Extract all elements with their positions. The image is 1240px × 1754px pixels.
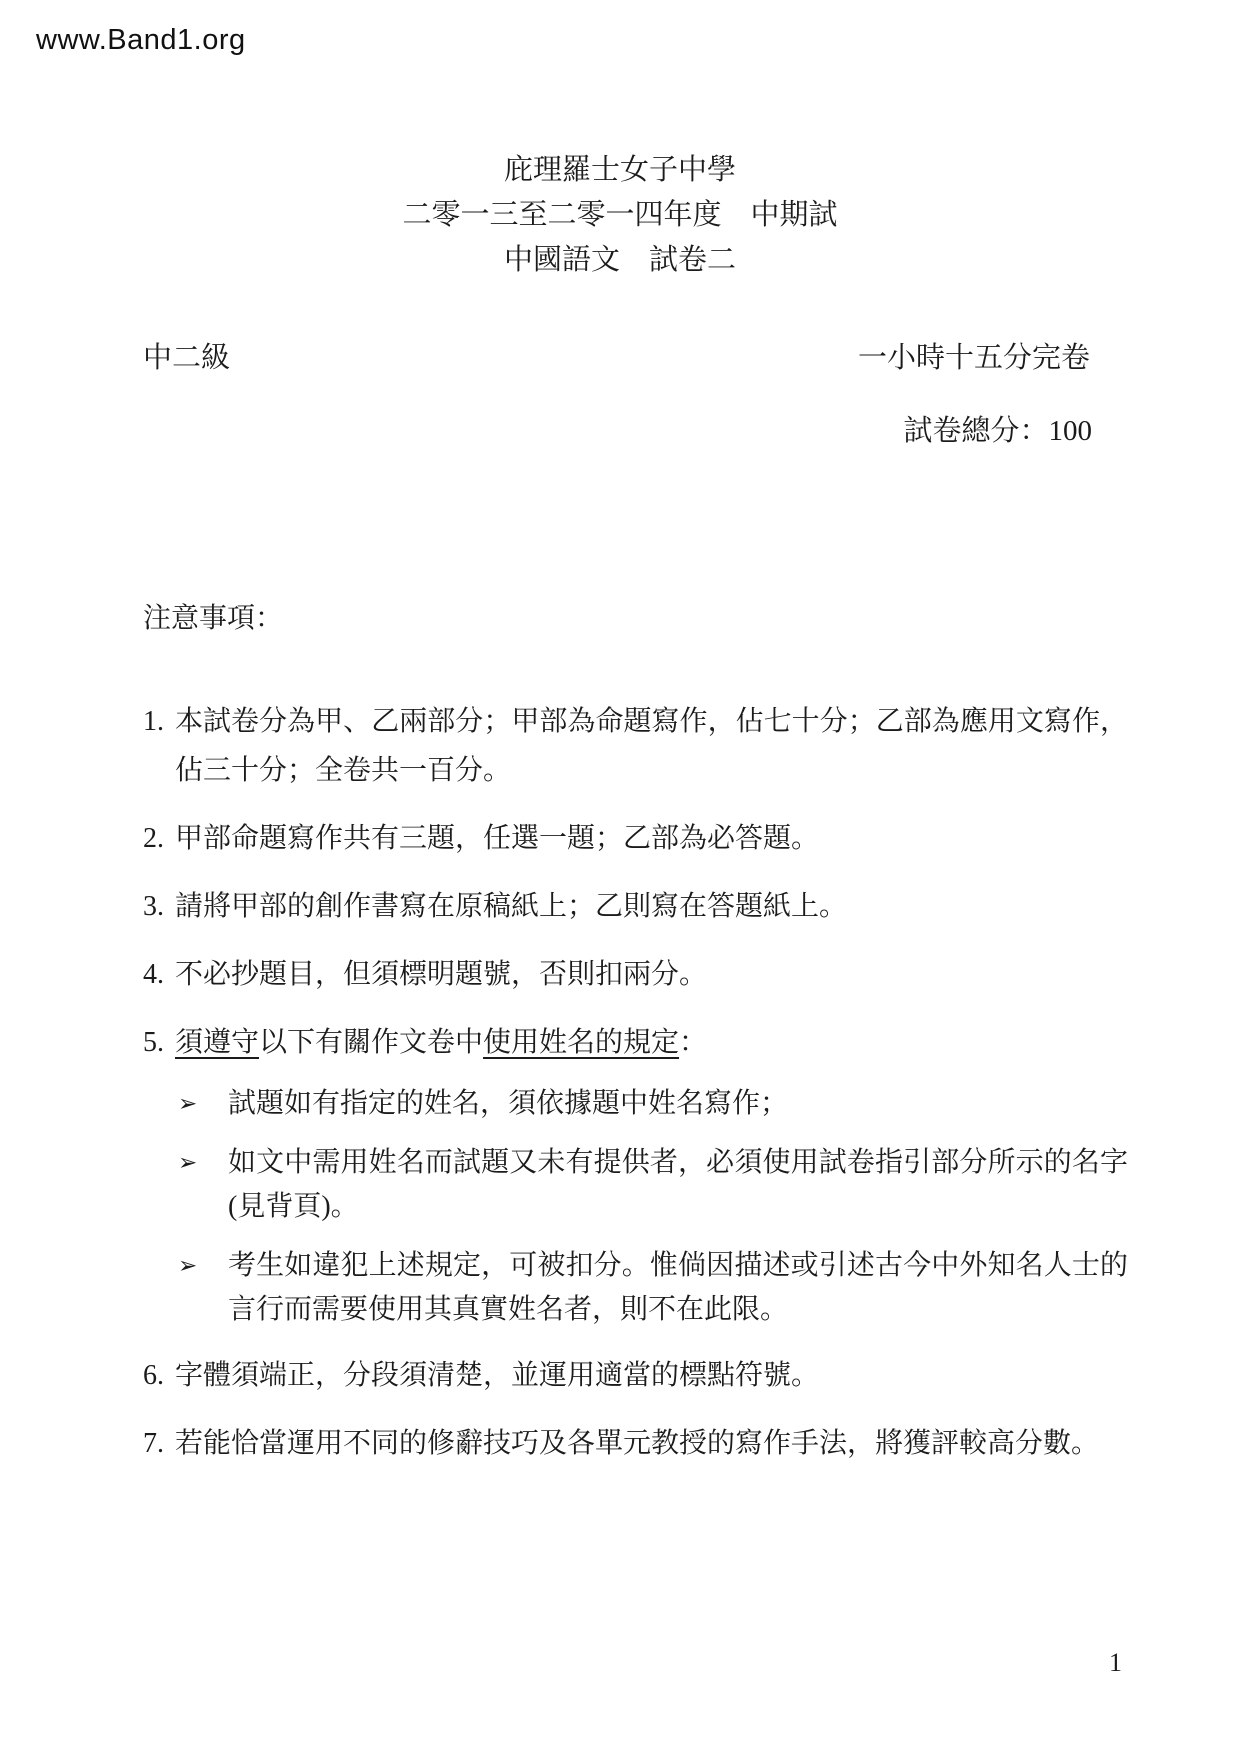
- instruction-item-6: 6. 字體須端正，分段須清楚，並運用適當的標點符號。: [143, 1351, 1128, 1400]
- page-number: 1: [1109, 1648, 1122, 1678]
- paper-title: 中國語文 試卷二: [0, 238, 1240, 283]
- item-text-tail: ：: [679, 1027, 707, 1058]
- item-text: 若能恰當運用不同的修辭技巧及各單元教授的寫作手法，將獲評較高分數。: [175, 1419, 1128, 1468]
- watermark-url: www.Band1.org: [36, 24, 246, 57]
- sub-item-text: 試題如有指定的姓名，須依據題中姓名寫作；: [228, 1082, 1128, 1126]
- school-name: 庇理羅士女子中學: [0, 148, 1240, 193]
- name-rules-sublist: ➢ 試題如有指定的姓名，須依據題中姓名寫作； ➢ 如文中需用姓名而試題又未有提供…: [178, 1082, 1128, 1332]
- arrow-bullet-icon: ➢: [178, 1141, 228, 1229]
- underlined-phrase: 須遵守: [175, 1027, 259, 1058]
- item-text-middle: 以下有關作文卷中: [259, 1027, 483, 1058]
- arrow-bullet-icon: ➢: [178, 1082, 228, 1126]
- item-number: 6.: [143, 1351, 175, 1400]
- item-text: 不必抄題目，但須標明題號，否則扣兩分。: [175, 950, 1128, 999]
- item-number: 5.: [143, 1018, 175, 1067]
- instruction-item-1: 1. 本試卷分為甲、乙兩部分；甲部為命題寫作，佔七十分；乙部為應用文寫作，佔三十…: [143, 697, 1128, 795]
- arrow-bullet-icon: ➢: [178, 1244, 228, 1332]
- sub-item-text: 如文中需用姓名而試題又未有提供者，必須使用試卷指引部分所示的名字(見背頁)。: [228, 1141, 1128, 1229]
- total-score-row: 試卷總分：100: [0, 408, 1092, 449]
- item-text: 請將甲部的創作書寫在原稿紙上；乙則寫在答題紙上。: [175, 882, 1128, 931]
- item-number: 7.: [143, 1419, 175, 1468]
- item-number: 4.: [143, 950, 175, 999]
- instruction-item-7: 7. 若能恰當運用不同的修辭技巧及各單元教授的寫作手法，將獲評較高分數。: [143, 1419, 1128, 1468]
- item-text: 甲部命題寫作共有三題，任選一題；乙部為必答題。: [175, 814, 1128, 863]
- sub-item-1: ➢ 試題如有指定的姓名，須依據題中姓名寫作；: [178, 1082, 1128, 1126]
- instruction-item-3: 3. 請將甲部的創作書寫在原稿紙上；乙則寫在答題紙上。: [143, 882, 1128, 931]
- exam-session-title: 二零一三至二零一四年度 中期試: [0, 193, 1240, 238]
- grade-label: 中二級: [143, 335, 230, 376]
- instruction-item-5: 5. 須遵守以下有關作文卷中使用姓名的規定：: [143, 1018, 1128, 1067]
- sub-item-2: ➢ 如文中需用姓名而試題又未有提供者，必須使用試卷指引部分所示的名字(見背頁)。: [178, 1141, 1128, 1229]
- item-text: 須遵守以下有關作文卷中使用姓名的規定：: [175, 1018, 1128, 1067]
- sub-item-3: ➢ 考生如違犯上述規定，可被扣分。惟倘因描述或引述古今中外知名人士的言行而需要使…: [178, 1244, 1128, 1332]
- instructions-heading: 注意事項：: [143, 599, 1128, 639]
- instruction-item-4: 4. 不必抄題目，但須標明題號，否則扣兩分。: [143, 950, 1128, 999]
- item-text: 字體須端正，分段須清楚，並運用適當的標點符號。: [175, 1351, 1128, 1400]
- total-score-label: 試卷總分：100: [903, 415, 1092, 447]
- item-text: 本試卷分為甲、乙兩部分；甲部為命題寫作，佔七十分；乙部為應用文寫作，佔三十分；全…: [175, 697, 1128, 795]
- underlined-phrase: 使用姓名的規定: [483, 1027, 679, 1058]
- sub-item-text: 考生如違犯上述規定，可被扣分。惟倘因描述或引述古今中外知名人士的言行而需要使用其…: [228, 1244, 1128, 1332]
- instructions-section: 注意事項： 1. 本試卷分為甲、乙兩部分；甲部為命題寫作，佔七十分；乙部為應用文…: [143, 599, 1128, 1468]
- item-number: 3.: [143, 882, 175, 931]
- exam-info-row: 中二級 一小時十五分完卷: [143, 335, 1090, 376]
- item-number: 2.: [143, 814, 175, 863]
- duration-label: 一小時十五分完卷: [858, 335, 1090, 376]
- instruction-item-2: 2. 甲部命題寫作共有三題，任選一題；乙部為必答題。: [143, 814, 1128, 863]
- item-number: 1.: [143, 697, 175, 795]
